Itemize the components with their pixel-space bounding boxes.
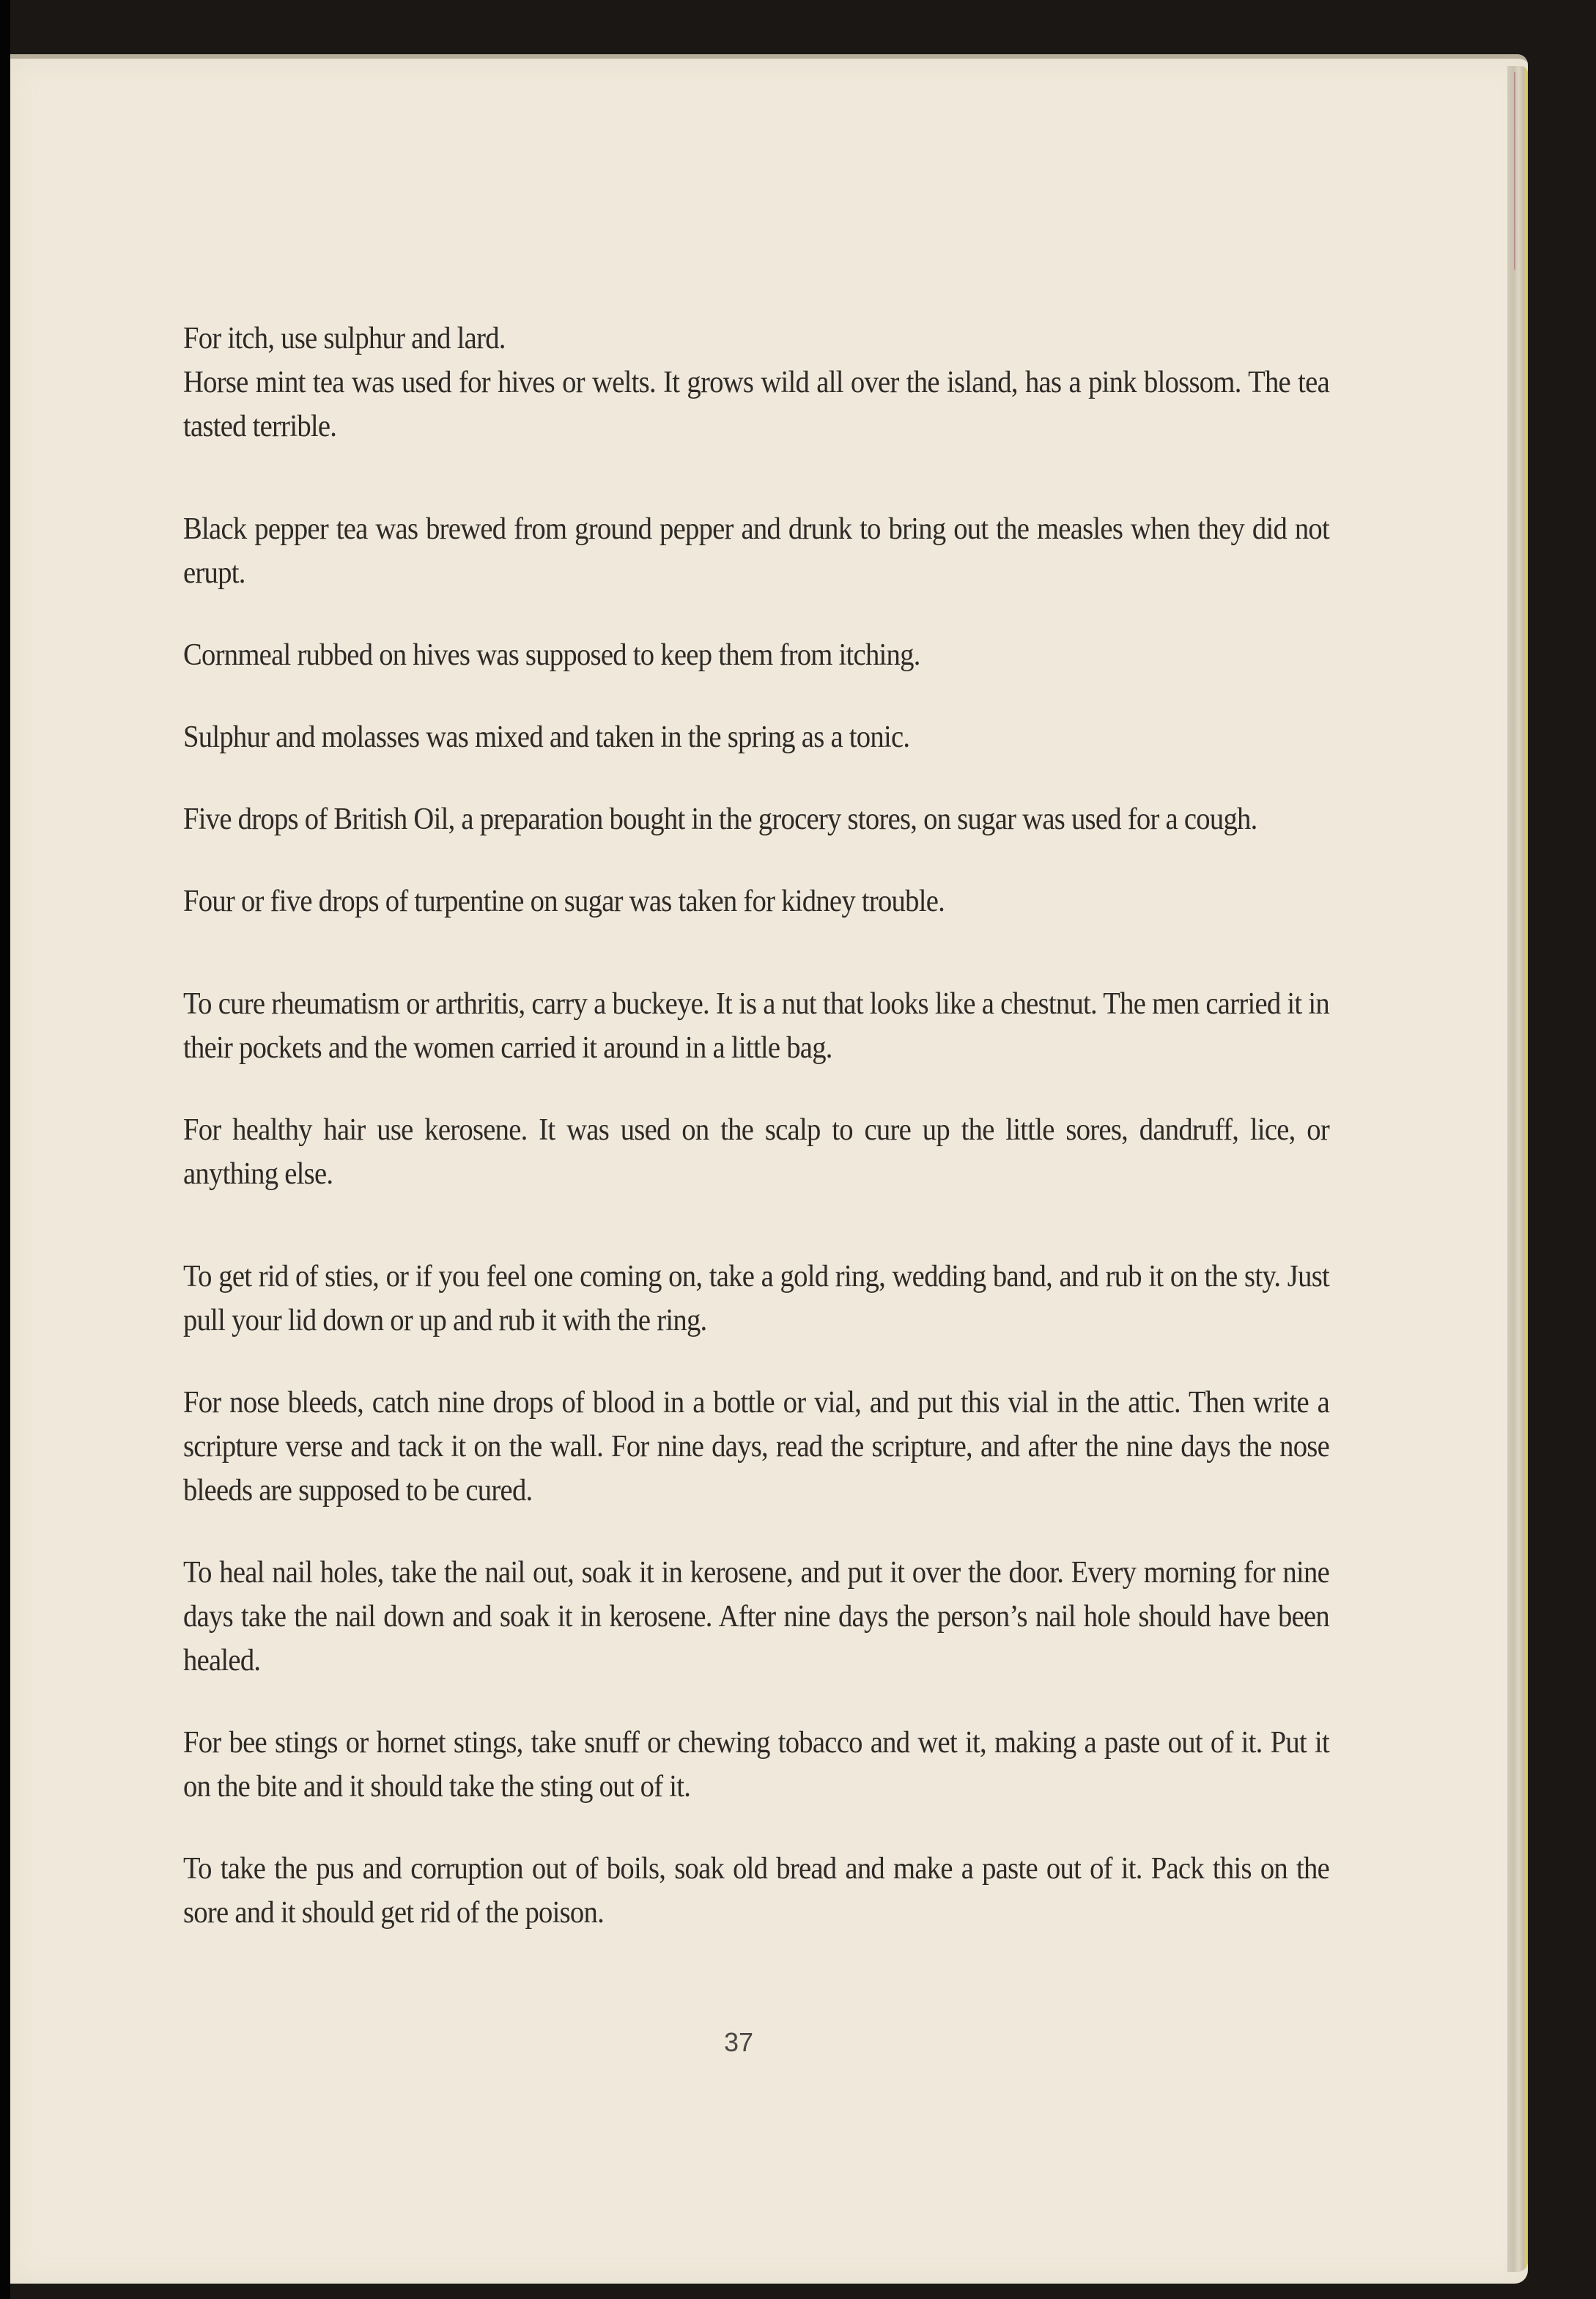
paragraph-kerosene-hair: For healthy hair use kerosene. It was us… bbox=[183, 1108, 1329, 1196]
scan-border bbox=[0, 0, 10, 2299]
paragraph-british-oil: Five drops of British Oil, a preparation… bbox=[183, 797, 1329, 841]
paragraph-sties: To get rid of sties, or if you feel one … bbox=[183, 1255, 1329, 1343]
page-edge-mark bbox=[1514, 72, 1515, 270]
paragraph-nail-holes: To heal nail holes, take the nail out, s… bbox=[183, 1551, 1329, 1683]
paragraph-black-pepper: Black pepper tea was brewed from ground … bbox=[183, 507, 1329, 595]
paragraph-bee-stings: For bee stings or hornet stings, take sn… bbox=[183, 1721, 1329, 1809]
paragraph-sulphur-molasses: Sulphur and molasses was mixed and taken… bbox=[183, 715, 1329, 759]
paragraph-turpentine: Four or five drops of turpentine on suga… bbox=[183, 879, 1329, 923]
paragraph-horse-mint: Horse mint tea was used for hives or wel… bbox=[183, 361, 1329, 449]
page-number: 37 bbox=[724, 2027, 753, 2058]
paragraph-itch: For itch, use sulphur and lard. bbox=[183, 317, 1329, 361]
paragraph-boils: To take the pus and corruption out of bo… bbox=[183, 1847, 1329, 1935]
book-page: For itch, use sulphur and lard. Horse mi… bbox=[10, 54, 1528, 2284]
page-stack-edge bbox=[1507, 66, 1528, 2272]
paragraph-nose-bleeds: For nose bleeds, catch nine drops of blo… bbox=[183, 1381, 1329, 1513]
paragraph-cornmeal: Cornmeal rubbed on hives was supposed to… bbox=[183, 633, 1329, 677]
body-text: For itch, use sulphur and lard. Horse mi… bbox=[183, 317, 1330, 1973]
paragraph-buckeye: To cure rheumatism or arthritis, carry a… bbox=[183, 982, 1329, 1070]
